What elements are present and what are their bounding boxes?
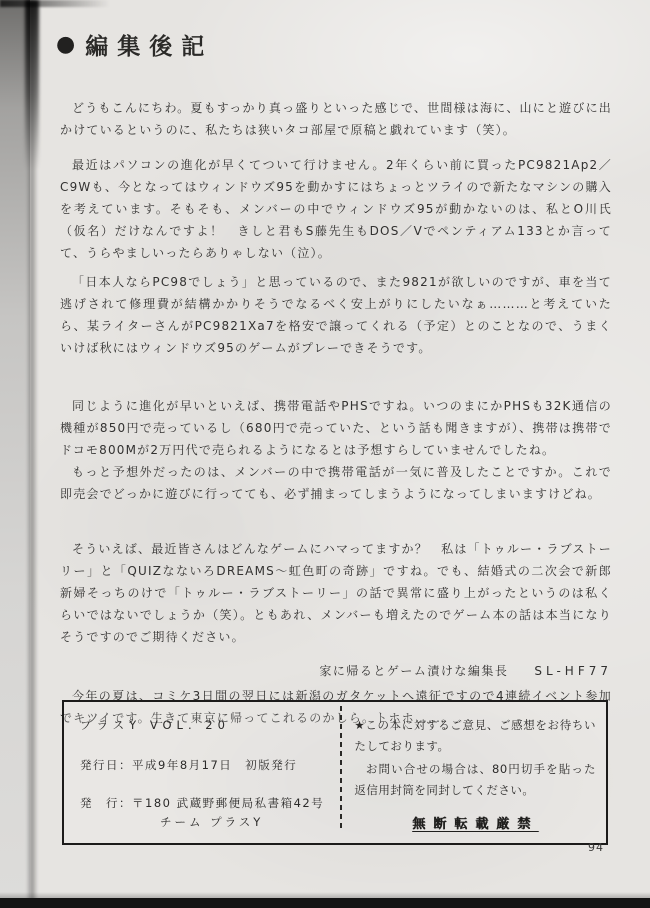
signature-code: SL-HF77 — [534, 664, 612, 678]
circle-bullet-icon: ● — [56, 34, 75, 56]
scanned-page: ● 編集後記 どうもこんにちわ。夏もすっかり真っ盛りといった感じで、世間様は海に… — [0, 0, 650, 908]
editorial-header: ● 編集後記 — [56, 28, 213, 61]
publisher-address: 発 行：〒180 武蔵野郵便局私書箱42号 — [80, 795, 334, 811]
publisher-name: チーム プラスY — [160, 814, 334, 830]
paragraph: 同じように進化が早いといえば、携帯電話やPHSですね。いつのまにかPHSも32K… — [60, 395, 612, 461]
editorial-body: どうもこんにちわ。夏もすっかり真っ盛りといった感じで、世間様は海に、山にと遊びに… — [60, 97, 612, 729]
paragraph: 「日本人ならPC98でしょう」と思っているので、また9821が欲しいのですが、車… — [60, 271, 612, 359]
paragraph: どうもこんにちわ。夏もすっかり真っ盛りといった感じで、世間様は海に、山にと遊びに… — [60, 97, 612, 141]
inquiry-note: お問い合せの場合は、80円切手を貼った返信用封筒を同封してください。 — [354, 759, 596, 801]
publication-title: プラスY VOL. 20 — [80, 717, 334, 733]
page-title: 編集後記 — [85, 28, 213, 61]
scan-bottom-bar — [0, 898, 650, 908]
page-number: 94 — [588, 841, 604, 854]
scan-fold-shadow-top — [25, 0, 39, 170]
publish-date: 発行日：平成9年8月17日 初版発行 — [80, 757, 334, 773]
feedback-note: ★この本に対するご意見、ご感想をお待ちいたしております。 — [354, 715, 596, 757]
paragraph: そういえば、最近皆さんはどんなゲームにハマってますか？ 私は「トゥルー・ラブスト… — [60, 538, 612, 648]
colophon-box: プラスY VOL. 20 発行日：平成9年8月17日 初版発行 発 行：〒180… — [62, 700, 608, 845]
paragraph: 最近はパソコンの進化が早くてついて行けません。2年くらい前に買ったPC9821A… — [60, 154, 612, 264]
paragraph: もっと予想外だったのは、メンバーの中で携帯電話が一気に普及したことですか。これで… — [60, 461, 612, 505]
scan-top-edge — [0, 0, 110, 7]
colophon-publication-info: プラスY VOL. 20 発行日：平成9年8月17日 初版発行 発 行：〒180… — [64, 702, 340, 843]
signature-text: 家に帰るとゲーム漬けな編集長 — [319, 662, 508, 679]
no-reproduction-notice: 無断転載厳禁 — [354, 814, 596, 835]
colophon-feedback-info: ★この本に対するご意見、ご感想をお待ちいたしております。 お問い合せの場合は、8… — [342, 702, 606, 843]
editor-signature: 家に帰るとゲーム漬けな編集長 SL-HF77 — [319, 662, 612, 679]
